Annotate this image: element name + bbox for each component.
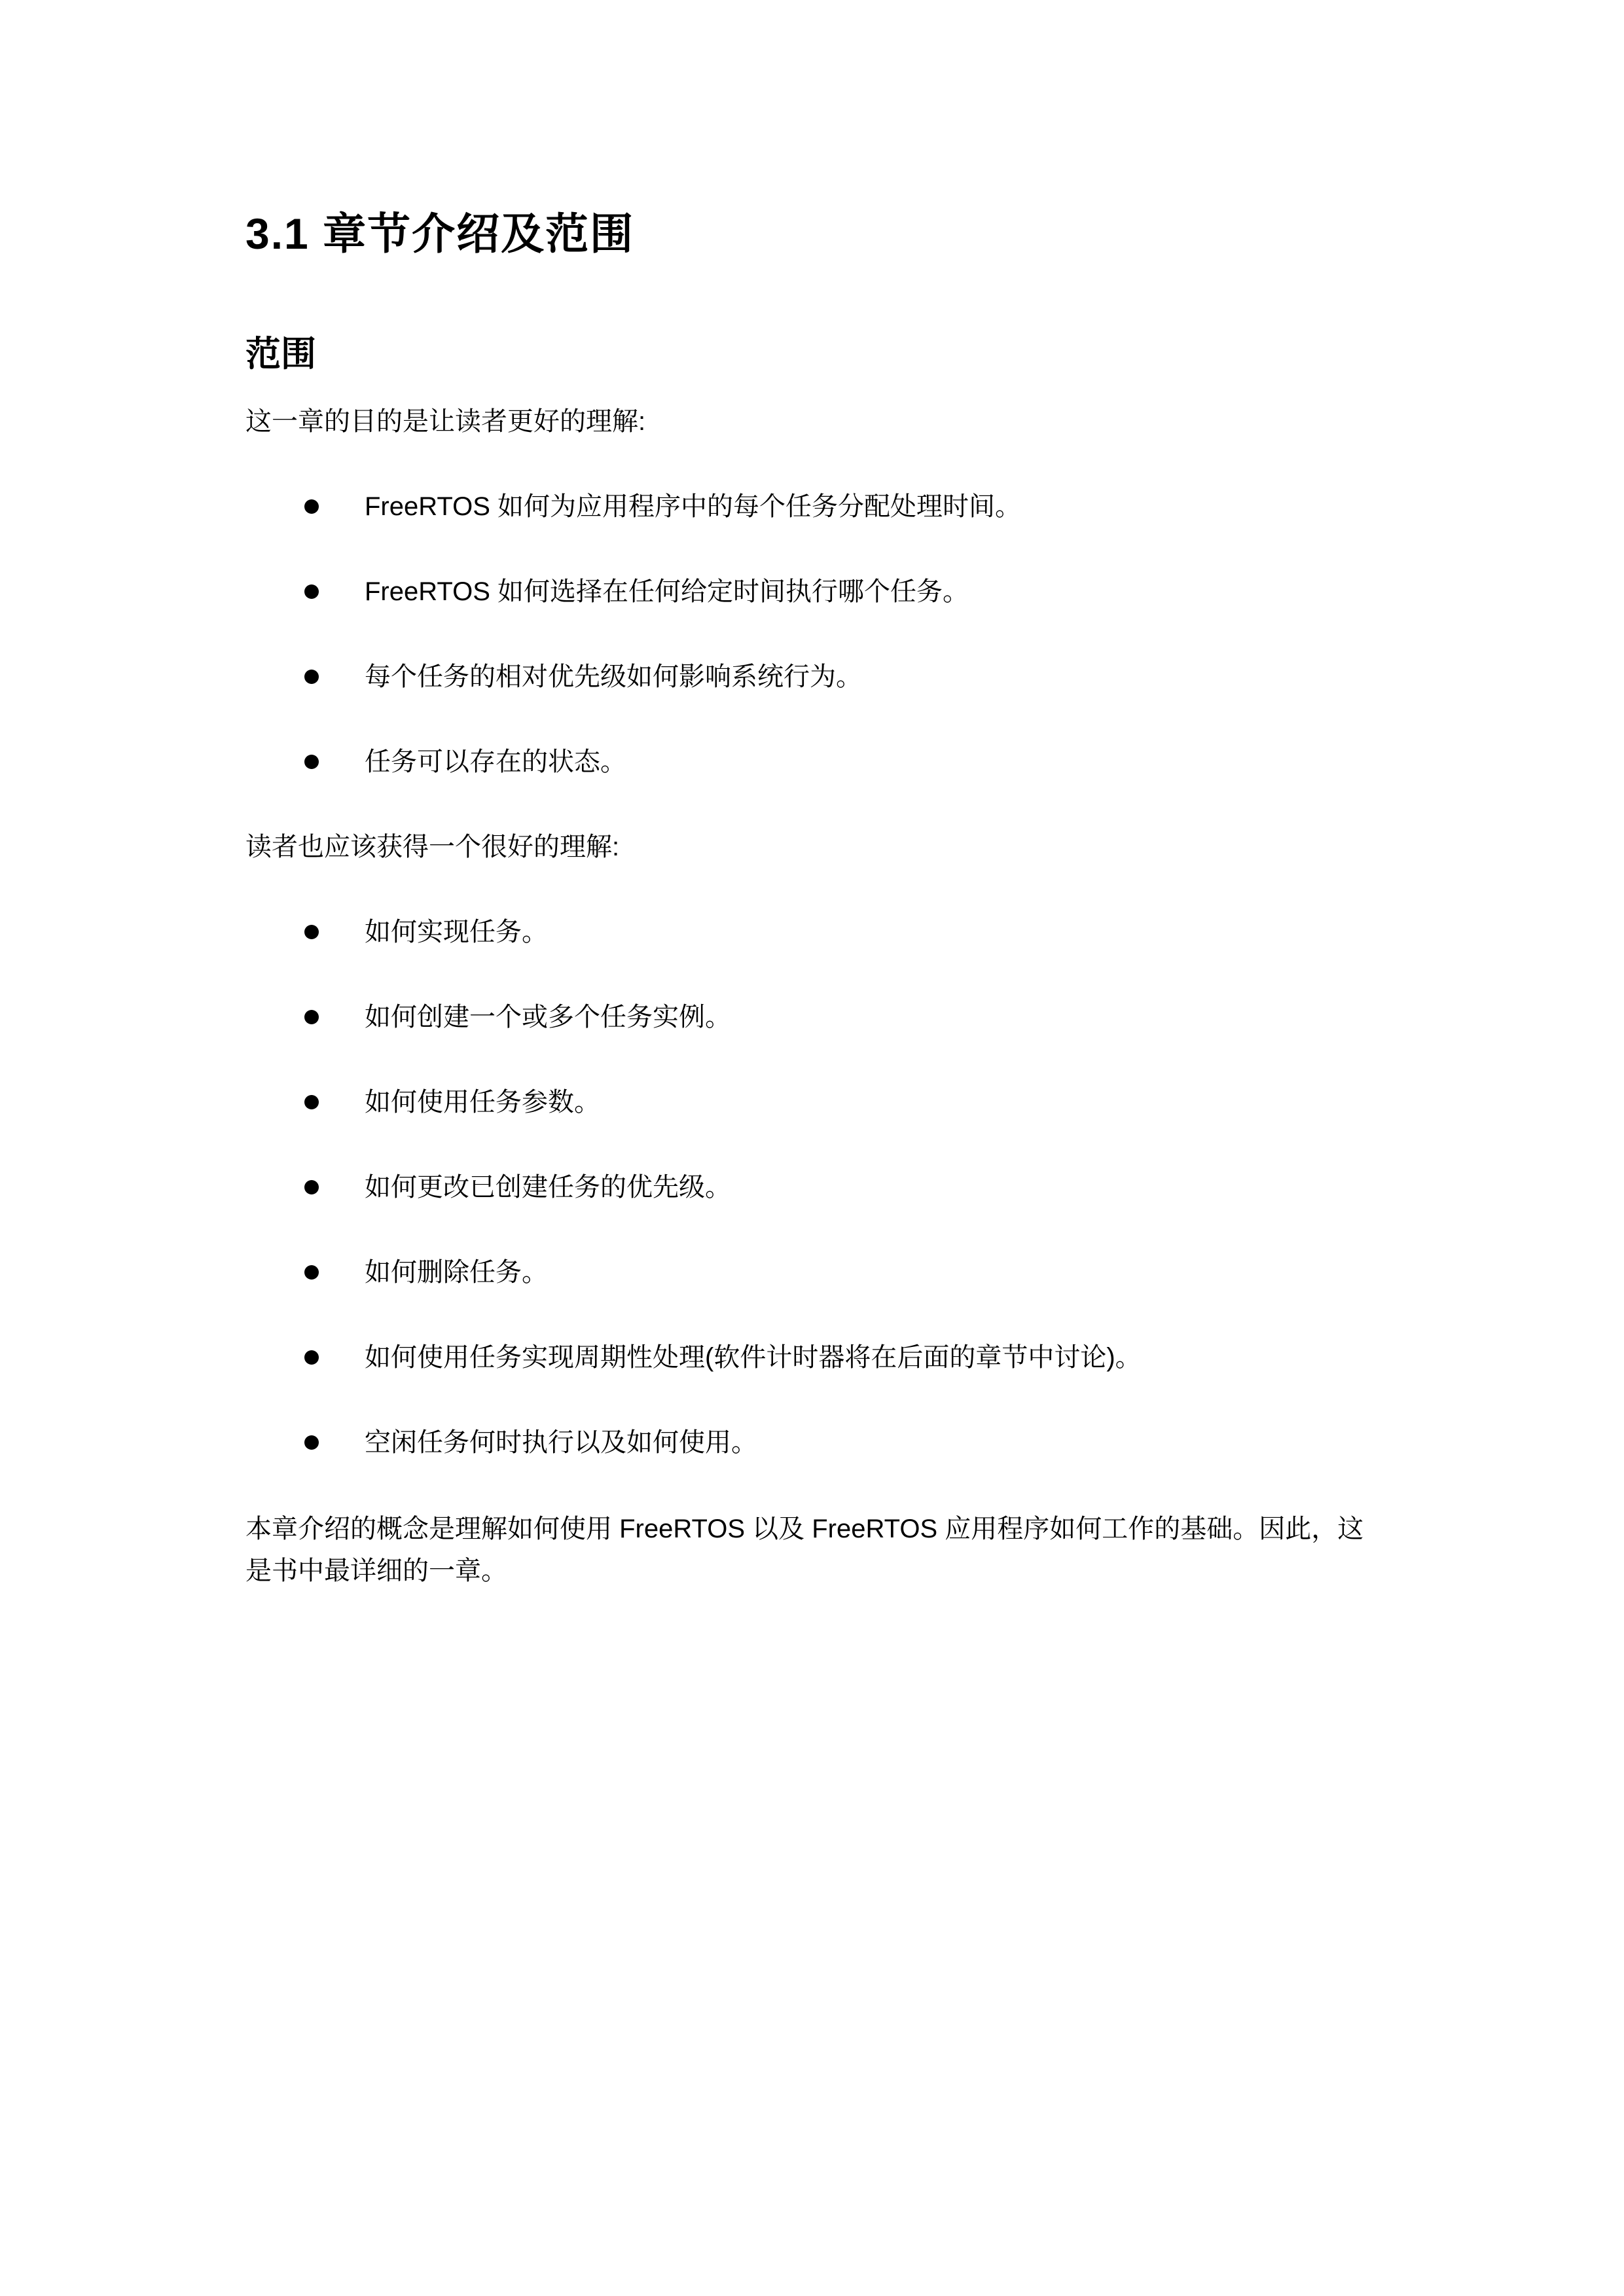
list-item-text: 如何使用任务实现周期性处理(软件计时器将在后面的章节中讨论)。 [365, 1343, 1142, 1372]
list-item-text: 每个任务的相对优先级如何影响系统行为。 [365, 662, 862, 691]
bullet-icon [304, 1010, 319, 1024]
first-bullet-list: FreeRTOS 如何为应用程序中的每个任务分配处理时间。 FreeRTOS 如… [245, 487, 1379, 781]
list-item-text: 如何使用任务参数。 [365, 1088, 600, 1117]
second-intro-paragraph: 读者也应该获得一个很好的理解: [245, 827, 1379, 867]
bullet-icon [304, 925, 319, 939]
list-item-text: 如何实现任务。 [365, 918, 548, 946]
list-item-text: FreeRTOS 如何为应用程序中的每个任务分配处理时间。 [365, 492, 1021, 521]
list-item: 如何删除任务。 [245, 1253, 1379, 1292]
list-item: 如何使用任务实现周期性处理(软件计时器将在后面的章节中讨论)。 [245, 1338, 1379, 1377]
list-item: 如何使用任务参数。 [245, 1083, 1379, 1122]
list-item: FreeRTOS 如何选择在任何给定时间执行哪个任务。 [245, 572, 1379, 611]
list-item: FreeRTOS 如何为应用程序中的每个任务分配处理时间。 [245, 487, 1379, 526]
list-item: 空闲任务何时执行以及如何使用。 [245, 1423, 1379, 1462]
list-item-text: 如何创建一个或多个任务实例。 [365, 1003, 731, 1031]
list-item: 每个任务的相对优先级如何影响系统行为。 [245, 657, 1379, 696]
list-item-text: 任务可以存在的状态。 [365, 747, 626, 776]
list-item-text: 如何删除任务。 [365, 1258, 548, 1287]
list-item-text: FreeRTOS 如何选择在任何给定时间执行哪个任务。 [365, 577, 969, 606]
list-item-text: 空闲任务何时执行以及如何使用。 [365, 1428, 757, 1457]
document-page: 3.1 章节介绍及范围 范围 这一章的目的是让读者更好的理解: FreeRTOS… [0, 0, 1624, 2296]
list-item: 如何实现任务。 [245, 912, 1379, 952]
page-content: 3.1 章节介绍及范围 范围 这一章的目的是让读者更好的理解: FreeRTOS… [245, 0, 1379, 1592]
second-bullet-list: 如何实现任务。 如何创建一个或多个任务实例。 如何使用任务参数。 如何更改已创建… [245, 912, 1379, 1462]
closing-paragraph: 本章介绍的概念是理解如何使用 FreeRTOS 以及 FreeRTOS 应用程序… [245, 1508, 1379, 1592]
bullet-icon [304, 1350, 319, 1365]
subsection-title: 范围 [245, 333, 1379, 376]
list-item: 如何更改已创建任务的优先级。 [245, 1168, 1379, 1207]
intro-paragraph: 这一章的目的是让读者更好的理解: [245, 402, 1379, 441]
bullet-icon [304, 1435, 319, 1450]
list-item: 任务可以存在的状态。 [245, 742, 1379, 781]
bullet-icon [304, 1180, 319, 1194]
bullet-icon [304, 1095, 319, 1109]
bullet-icon [304, 584, 319, 599]
bullet-icon [304, 670, 319, 684]
bullet-icon [304, 1265, 319, 1280]
bullet-icon [304, 499, 319, 514]
list-item: 如何创建一个或多个任务实例。 [245, 997, 1379, 1037]
bullet-icon [304, 755, 319, 769]
section-title: 3.1 章节介绍及范围 [245, 208, 1379, 260]
list-item-text: 如何更改已创建任务的优先级。 [365, 1173, 731, 1202]
